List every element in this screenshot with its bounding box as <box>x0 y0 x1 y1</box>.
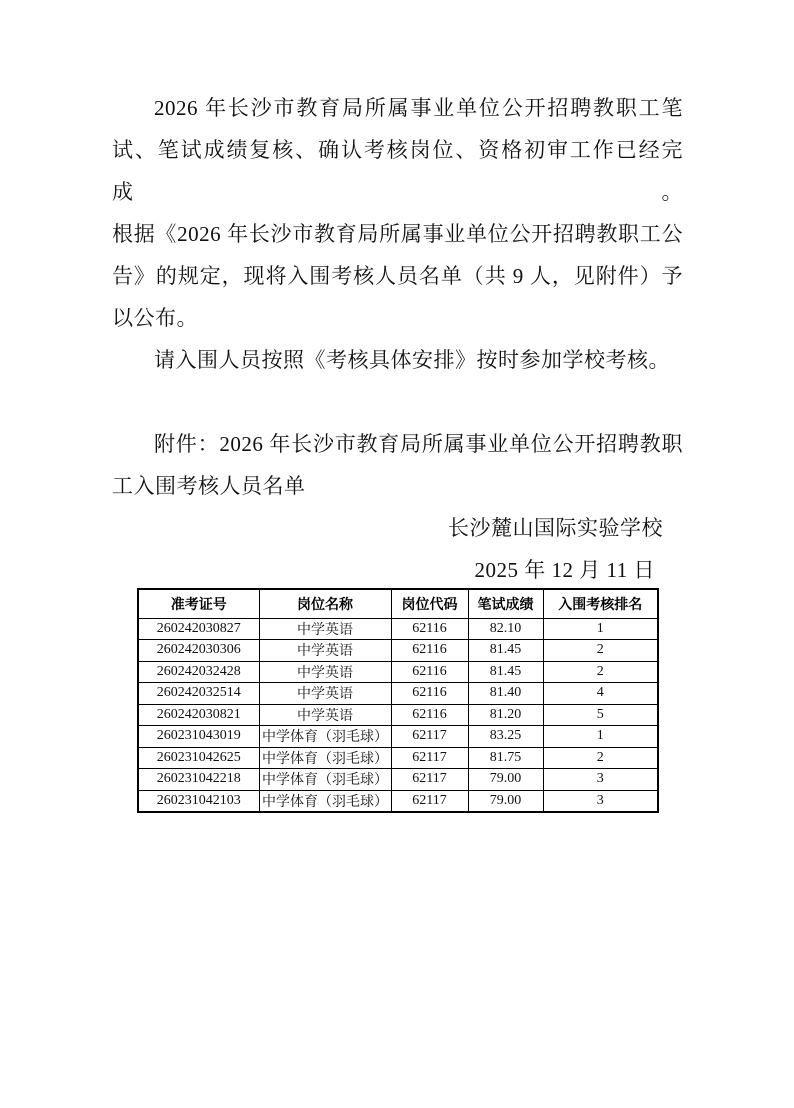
table-cell: 62117 <box>391 747 468 769</box>
blank-line <box>112 381 683 423</box>
intro-paragraph-line: 试、笔试成绩复核、确认考核岗位、资格初审工作已经完成。 <box>112 129 683 213</box>
table-cell: 中学体育（羽毛球） <box>259 747 391 769</box>
table-cell: 62117 <box>391 769 468 791</box>
table-cell: 62116 <box>391 683 468 705</box>
shortlist-table-body: 260242030827中学英语6211682.101260242030306中… <box>138 618 658 812</box>
column-header-position-code: 岗位代码 <box>391 589 468 618</box>
intro-paragraph-line: 以公布。 <box>112 297 683 339</box>
table-row: 260231042103中学体育（羽毛球）6211779.003 <box>138 790 658 812</box>
attachment-line: 附件：2026 年长沙市教育局所属事业单位公开招聘教职 <box>112 423 683 465</box>
document-page: 2026 年长沙市教育局所属事业单位公开招聘教职工笔 试、笔试成绩复核、确认考核… <box>0 0 794 1108</box>
attachment-line: 工入围考核人员名单 <box>112 465 683 507</box>
table-cell: 62117 <box>391 790 468 812</box>
table-cell: 81.45 <box>468 661 543 683</box>
table-cell: 62117 <box>391 726 468 748</box>
table-row: 260242030827中学英语6211682.101 <box>138 618 658 640</box>
table-header-row: 准考证号 岗位名称 岗位代码 笔试成绩 入围考核排名 <box>138 589 658 618</box>
table-cell: 260231042103 <box>138 790 259 812</box>
table-cell: 2 <box>543 661 658 683</box>
table-cell: 62116 <box>391 640 468 662</box>
table-row: 260231042218中学体育（羽毛球）6211779.003 <box>138 769 658 791</box>
table-cell: 4 <box>543 683 658 705</box>
signature-organization: 长沙麓山国际实验学校 <box>112 507 683 549</box>
intro-paragraph-line: 告》的规定，现将入围考核人员名单（共 9 人，见附件）予 <box>112 255 683 297</box>
column-header-shortlist-rank: 入围考核排名 <box>543 589 658 618</box>
shortlist-table: 准考证号 岗位名称 岗位代码 笔试成绩 入围考核排名 260242030827中… <box>137 588 659 813</box>
table-cell: 83.25 <box>468 726 543 748</box>
column-header-ticket-number: 准考证号 <box>138 589 259 618</box>
table-cell: 260231042625 <box>138 747 259 769</box>
table-row: 260242030821中学英语6211681.205 <box>138 704 658 726</box>
table-cell: 79.00 <box>468 790 543 812</box>
table-cell: 260231043019 <box>138 726 259 748</box>
table-cell: 中学体育（羽毛球） <box>259 790 391 812</box>
table-cell: 62116 <box>391 704 468 726</box>
table-cell: 2 <box>543 747 658 769</box>
table-row: 260231043019中学体育（羽毛球）6211783.251 <box>138 726 658 748</box>
table-cell: 82.10 <box>468 618 543 640</box>
table-cell: 中学英语 <box>259 640 391 662</box>
table-row: 260242030306中学英语6211681.452 <box>138 640 658 662</box>
table-cell: 中学英语 <box>259 704 391 726</box>
table-cell: 2 <box>543 640 658 662</box>
table-cell: 5 <box>543 704 658 726</box>
notice-paragraph-line: 请入围人员按照《考核具体安排》按时参加学校考核。 <box>112 339 683 381</box>
table-cell: 81.75 <box>468 747 543 769</box>
table-cell: 62116 <box>391 618 468 640</box>
table-cell: 中学英语 <box>259 683 391 705</box>
table-cell: 中学体育（羽毛球） <box>259 769 391 791</box>
table-cell: 3 <box>543 769 658 791</box>
table-cell: 1 <box>543 618 658 640</box>
table-cell: 79.00 <box>468 769 543 791</box>
table-cell: 81.40 <box>468 683 543 705</box>
table-cell: 260242032428 <box>138 661 259 683</box>
table-cell: 81.20 <box>468 704 543 726</box>
table-cell: 81.45 <box>468 640 543 662</box>
table-row: 260242032514中学英语6211681.404 <box>138 683 658 705</box>
table-cell: 中学英语 <box>259 618 391 640</box>
table-cell: 260231042218 <box>138 769 259 791</box>
table-cell: 中学英语 <box>259 661 391 683</box>
table-cell: 62116 <box>391 661 468 683</box>
table-row: 260242032428中学英语6211681.452 <box>138 661 658 683</box>
table-cell: 1 <box>543 726 658 748</box>
document-body: 2026 年长沙市教育局所属事业单位公开招聘教职工笔 试、笔试成绩复核、确认考核… <box>112 87 683 591</box>
intro-paragraph-line: 2026 年长沙市教育局所属事业单位公开招聘教职工笔 <box>112 87 683 129</box>
table-cell: 260242032514 <box>138 683 259 705</box>
table-cell: 260242030306 <box>138 640 259 662</box>
table-cell: 260242030821 <box>138 704 259 726</box>
column-header-position-name: 岗位名称 <box>259 589 391 618</box>
table-cell: 260242030827 <box>138 618 259 640</box>
table-cell: 中学体育（羽毛球） <box>259 726 391 748</box>
signature-date: 2025 年 12 月 11 日 <box>112 549 683 591</box>
intro-paragraph-line: 根据《2026 年长沙市教育局所属事业单位公开招聘教职工公 <box>112 213 683 255</box>
table-row: 260231042625中学体育（羽毛球）6211781.752 <box>138 747 658 769</box>
column-header-written-score: 笔试成绩 <box>468 589 543 618</box>
table-cell: 3 <box>543 790 658 812</box>
